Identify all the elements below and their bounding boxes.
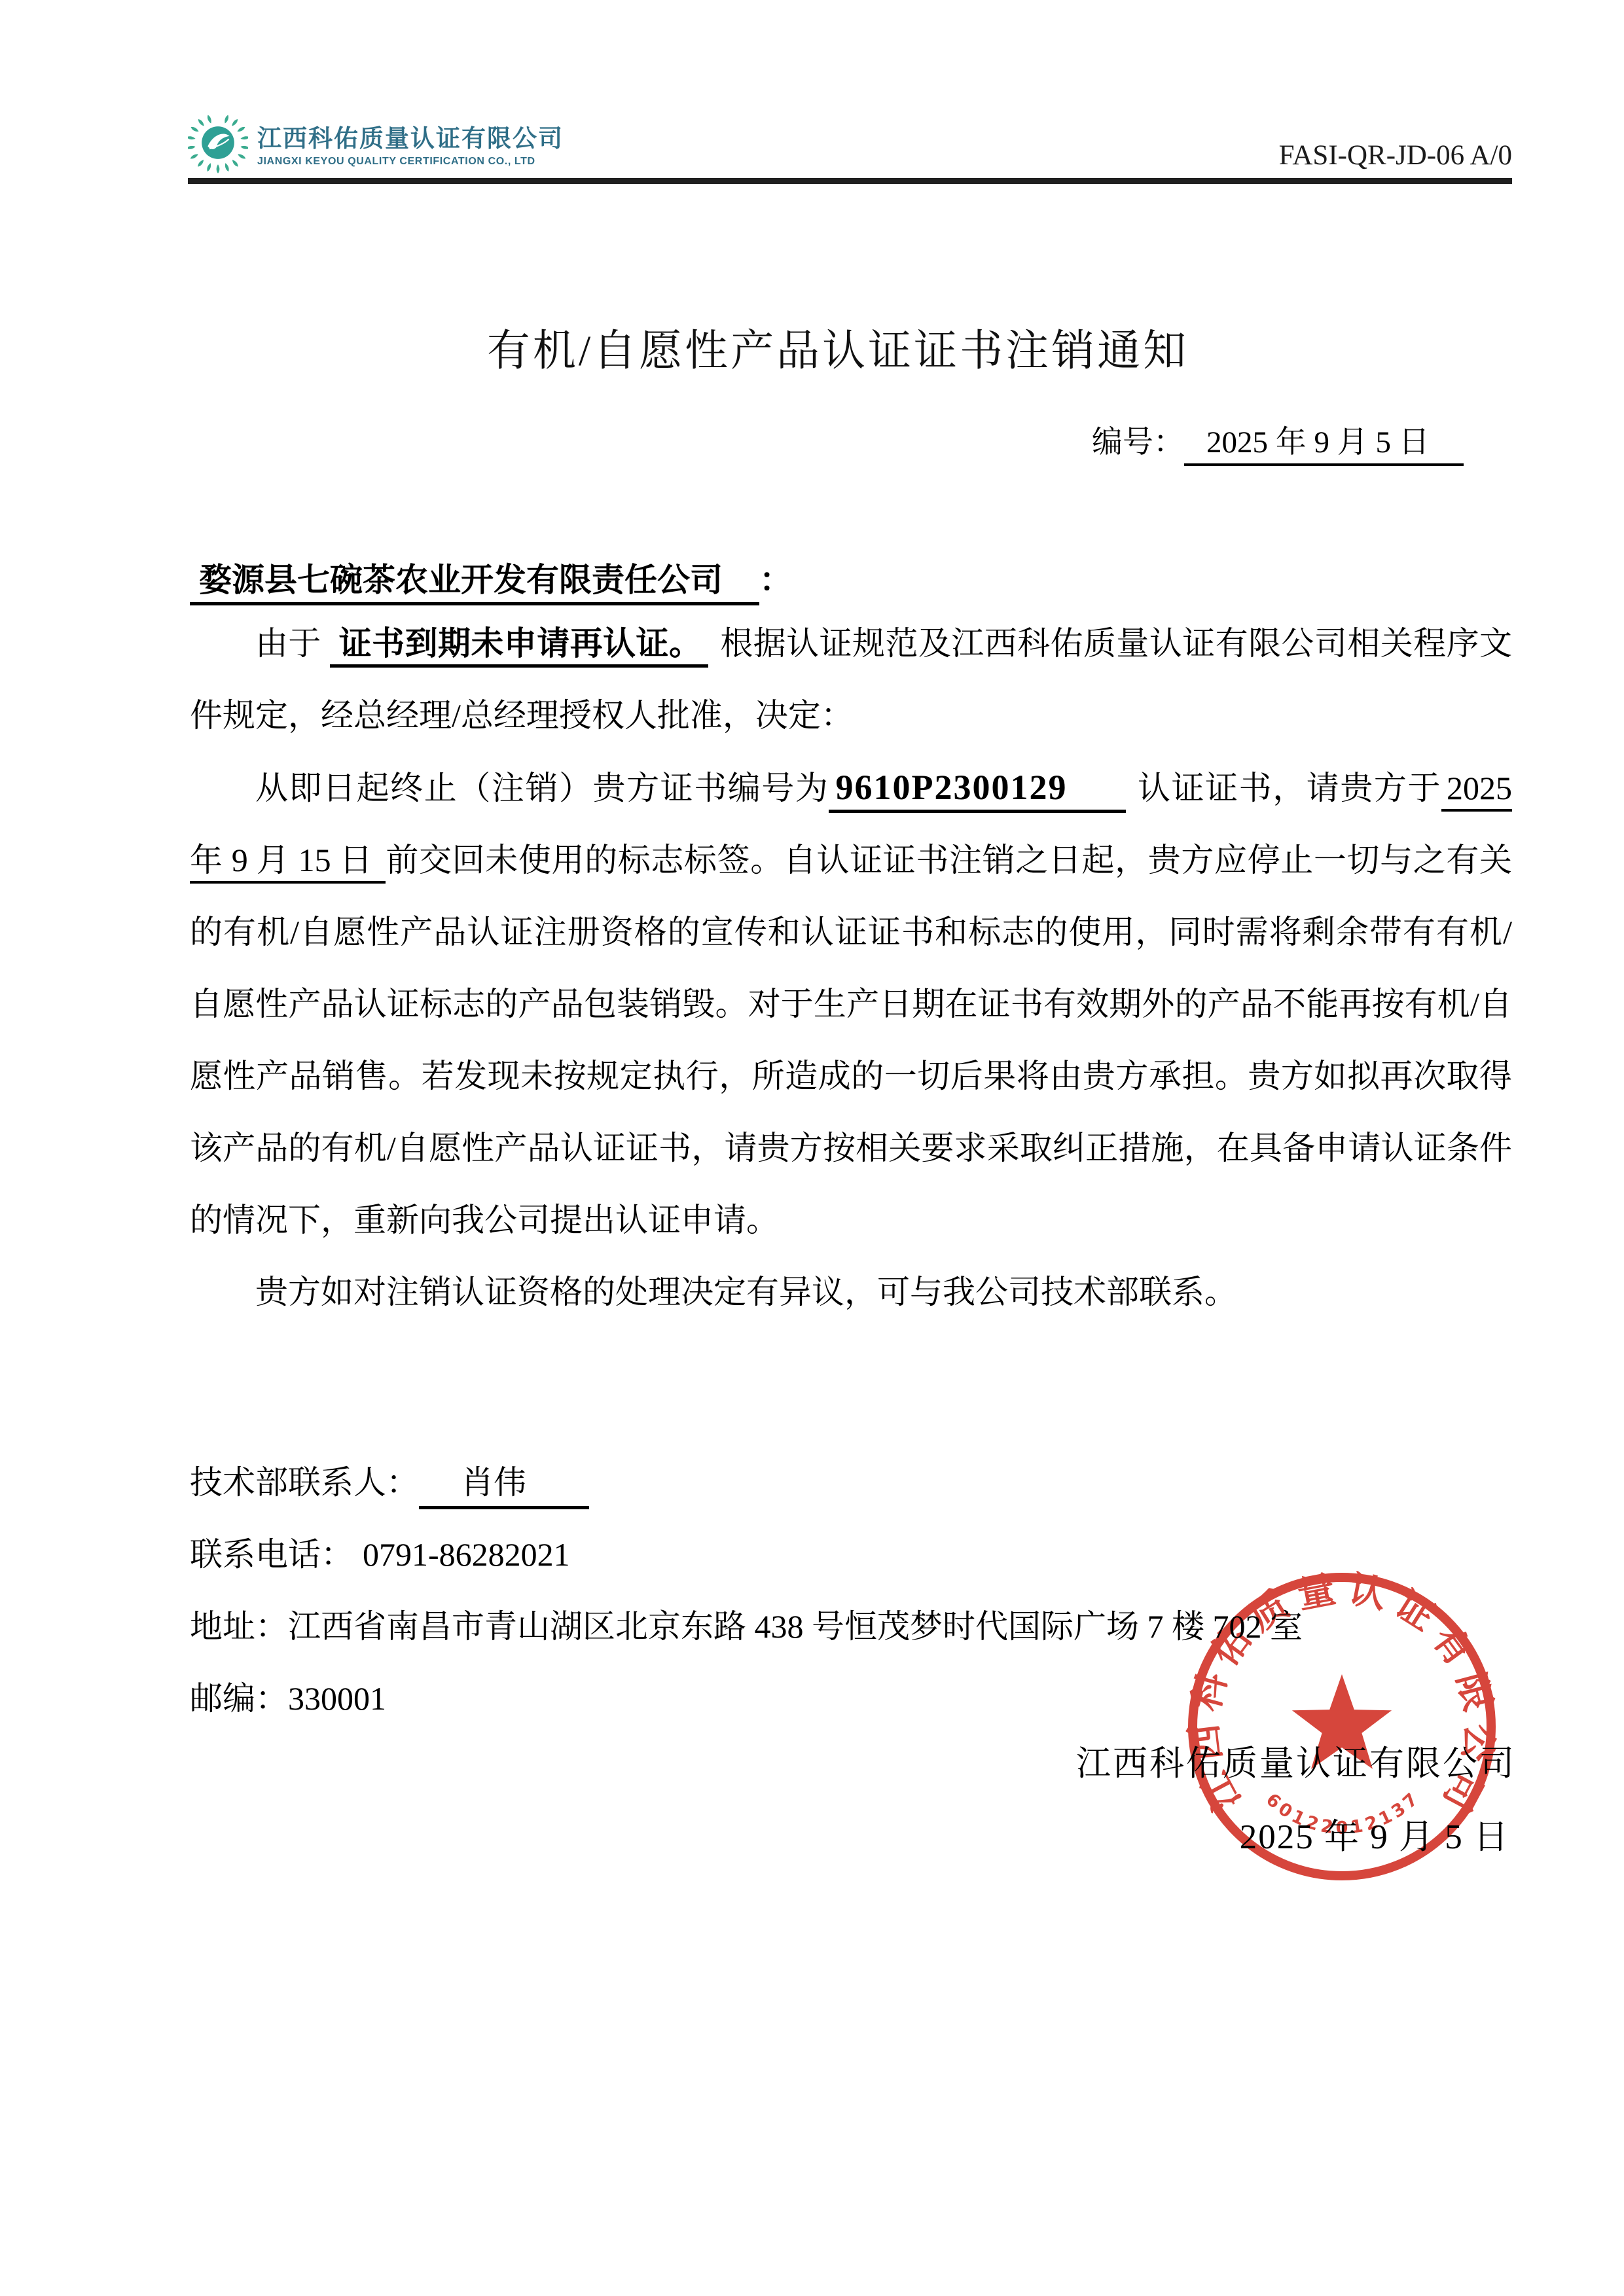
number-line: 编号：2025 年 9 月 5 日 — [1092, 418, 1464, 461]
number-value: 2025 年 9 月 5 日 — [1184, 425, 1464, 466]
contact-block: 技术部联系人：肖伟 联系电话：0791-86282021 地址：江西省南昌市青山… — [190, 1456, 1303, 1744]
recipient-line: 婺源县七碗茶农业开发有限责任公司： — [190, 554, 792, 601]
address-value: 江西省南昌市青山湖区北京东路 438 号恒茂梦时代国际广场 7 楼 702 室 — [288, 1608, 1303, 1645]
contact-address-line: 地址：江西省南昌市青山湖区北京东路 438 号恒茂梦时代国际广场 7 楼 702… — [190, 1600, 1303, 1672]
paragraph-decision: 从即日起终止（注销）贵方证书编号为9610P2300129认证证书，请贵方于20… — [190, 751, 1512, 1256]
p2-seg2: 认证证书，请贵方于 — [1136, 770, 1441, 806]
contact-zip-line: 邮编：330001 — [190, 1672, 1303, 1744]
zip-value: 330001 — [288, 1680, 386, 1717]
contact-person-label: 技术部联系人： — [190, 1464, 419, 1501]
header-divider — [188, 178, 1512, 184]
zip-label: 邮编： — [190, 1680, 288, 1717]
document-code: FASI-QR-JD-06 A/0 — [0, 139, 1512, 171]
document-page: 江西科佑质量认证有限公司 JIANGXI KEYOU QUALITY CERTI… — [0, 0, 1624, 2296]
letter-body: 由于 证书到期未申请再认证。根据认证规范及江西科佑质量认证有限公司相关程序文件规… — [190, 607, 1512, 1328]
cancellation-reason: 证书到期未申请再认证。 — [330, 625, 709, 668]
phone-label: 联系电话： — [190, 1536, 353, 1573]
phone-value: 0791-86282021 — [353, 1536, 570, 1573]
paragraph-reason: 由于 证书到期未申请再认证。根据认证规范及江西科佑质量认证有限公司相关程序文件规… — [190, 607, 1512, 751]
p2-seg3: 前交回未使用的标志标签。自认证证书注销之日起，贵方应停止一切与之有关的有机/自愿… — [190, 842, 1512, 1238]
recipient-name: 婺源县七碗茶农业开发有限责任公司 — [190, 562, 759, 605]
certificate-number: 9610P2300129 — [829, 768, 1126, 813]
company-seal: 江西科佑质量认证有限公司 3601220121370 — [1177, 1562, 1507, 1892]
recipient-colon: ： — [759, 562, 792, 598]
p2-seg1: 从即日起终止（注销）贵方证书编号为 — [255, 770, 829, 806]
contact-person-line: 技术部联系人：肖伟 — [190, 1456, 1303, 1528]
p1-prefix: 由于 — [255, 625, 321, 662]
page-title: 有机/自愿性产品认证证书注销通知 — [0, 315, 1624, 378]
contact-phone-line: 联系电话：0791-86282021 — [190, 1528, 1303, 1600]
address-label: 地址： — [190, 1608, 288, 1645]
contact-person-name: 肖伟 — [419, 1464, 589, 1509]
number-label: 编号： — [1092, 425, 1184, 459]
seal-star-icon — [1292, 1674, 1392, 1769]
paragraph-objection: 贵方如对注销认证资格的处理决定有异议，可与我公司技术部联系。 — [190, 1256, 1512, 1328]
